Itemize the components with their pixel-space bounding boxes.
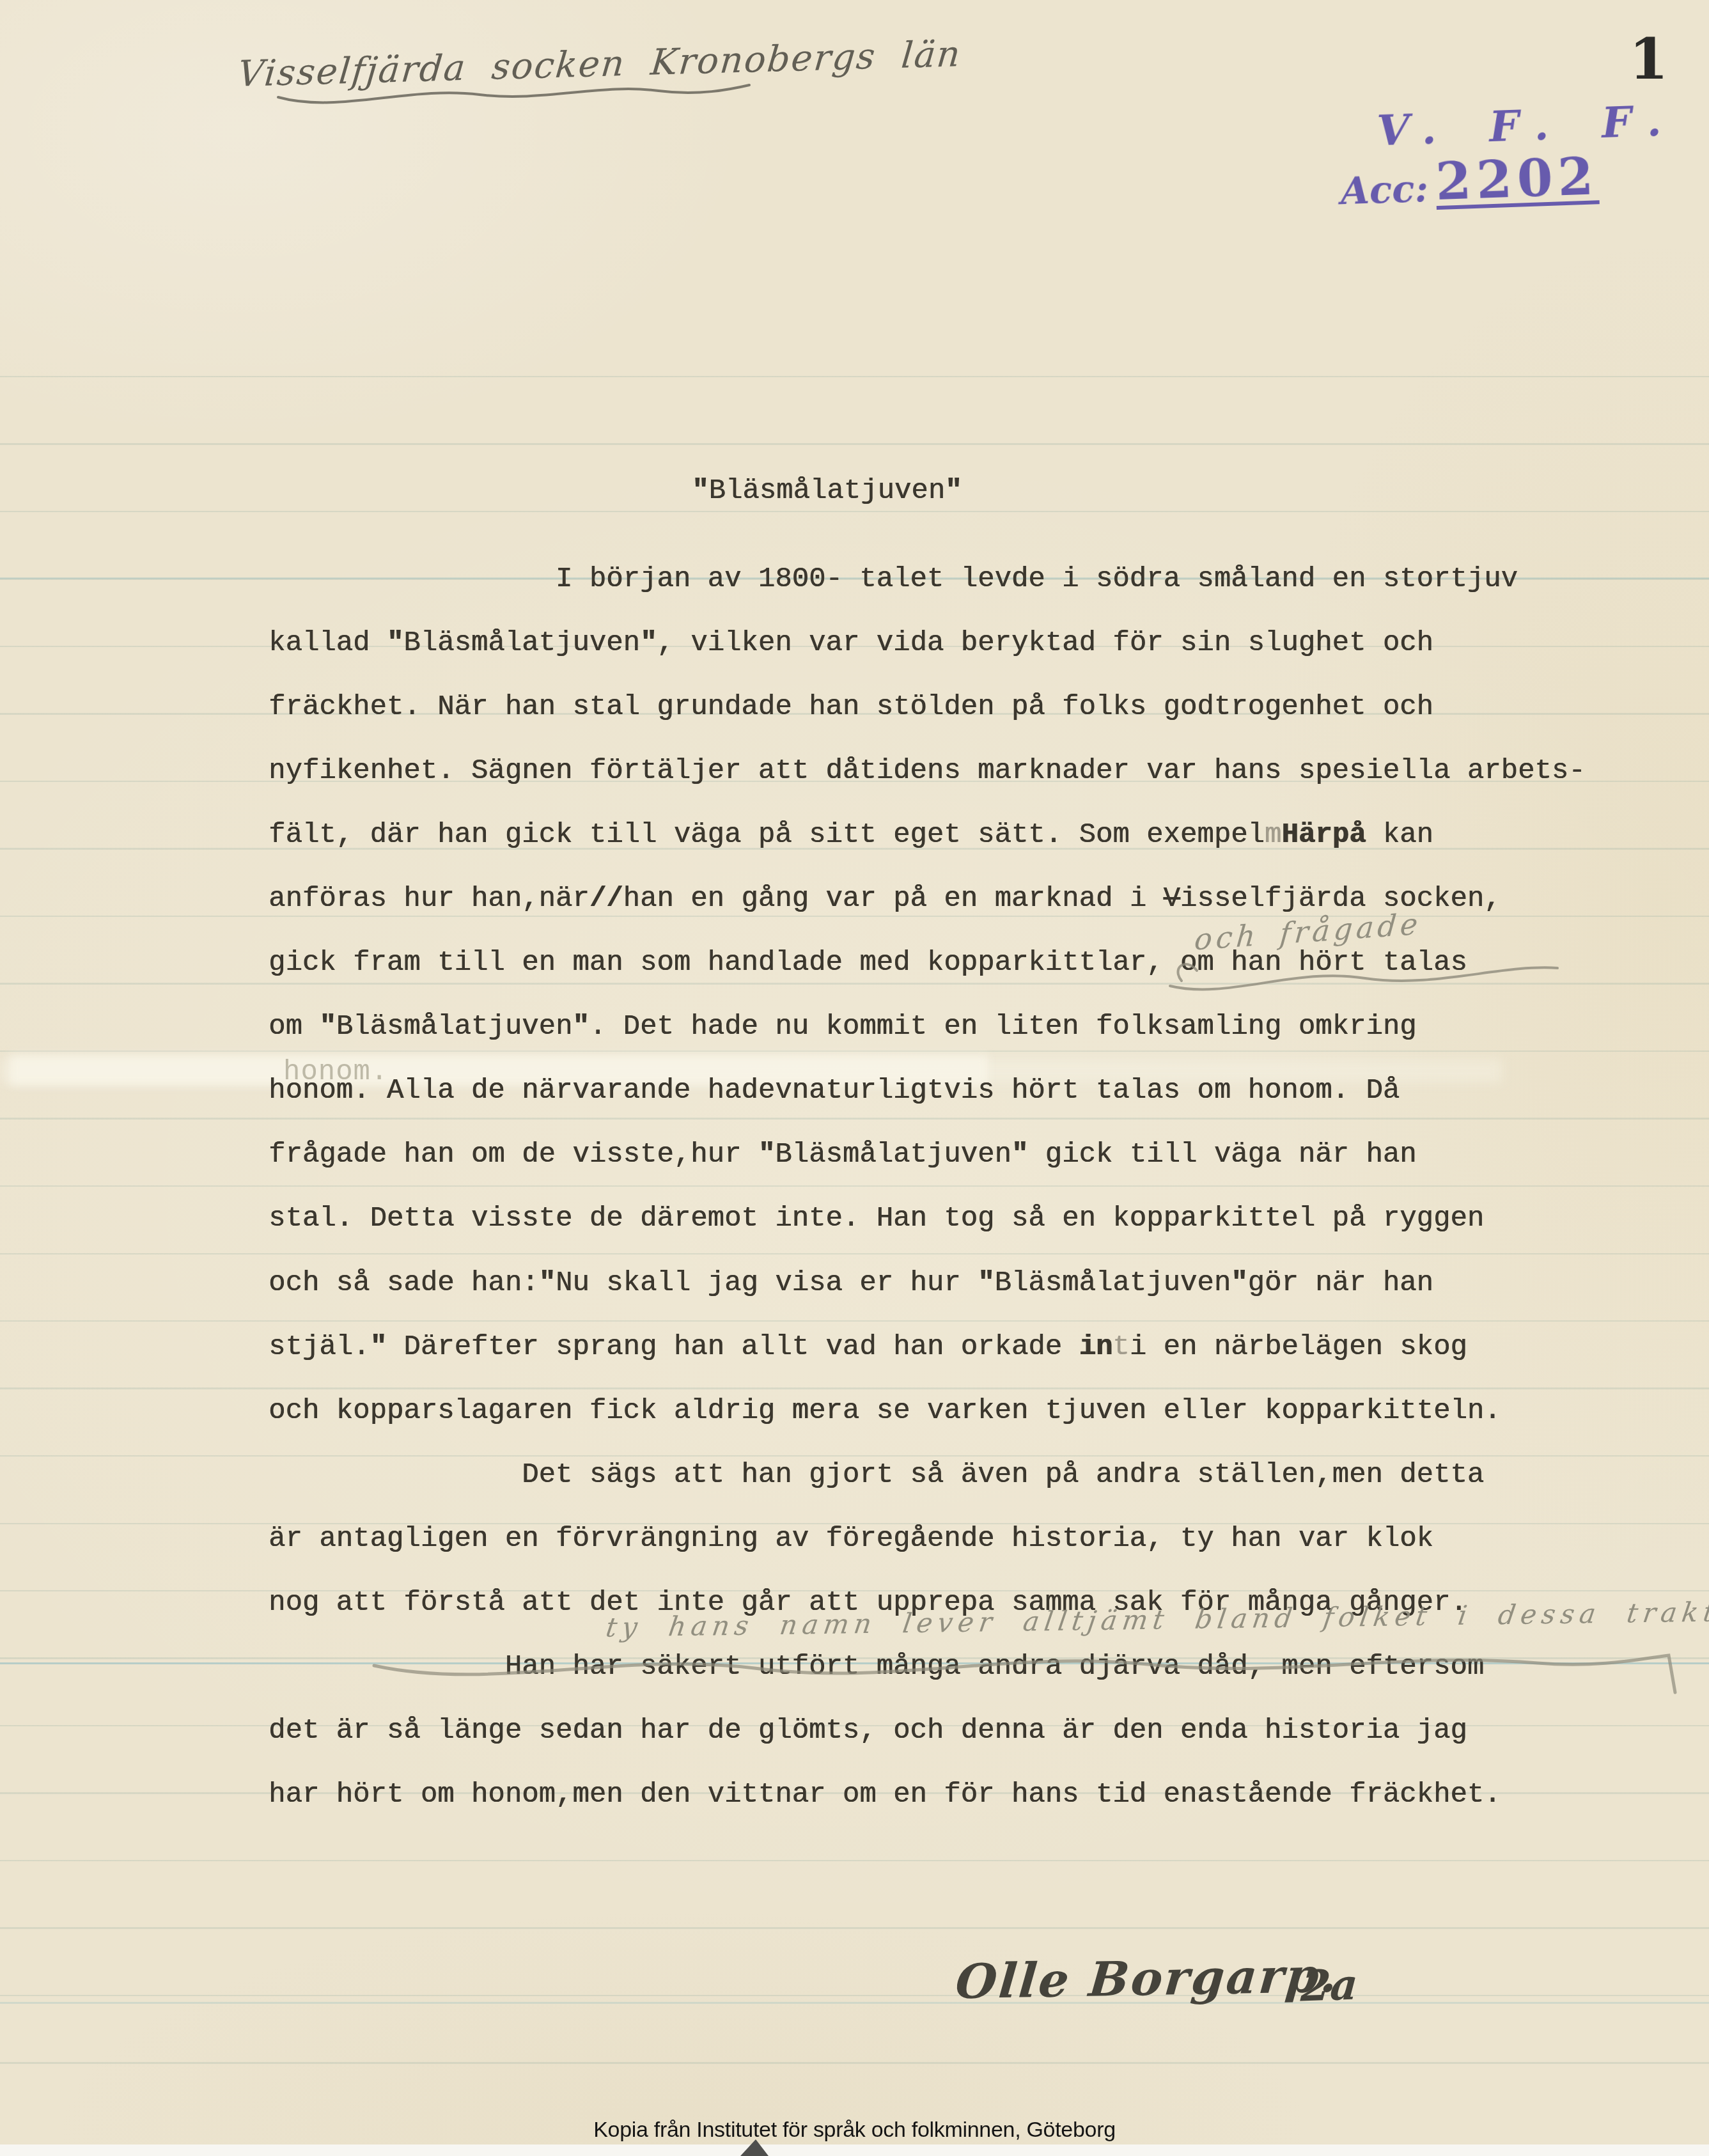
typed-segment: . Det hade nu kommit en liten folksamlin…: [589, 1011, 1417, 1043]
typed-line: honom. Alla de närvarande hadevnaturligt…: [269, 1059, 1586, 1123]
typed-segment: gick till väga när han: [1028, 1139, 1416, 1171]
scanned-manuscript-page: Visselfjärda socken Kronobergs län 1 V. …: [0, 0, 1709, 2156]
typed-line: om "Bläsmålatjuven". Det hade nu kommit …: [269, 995, 1586, 1059]
typed-segment: I början av 1800- talet levde i södra sm…: [269, 563, 1518, 595]
typed-segment: fräckhet. När han stal grundade han stöl…: [269, 691, 1433, 723]
typed-line: stal. Detta visste de däremot inte. Han …: [269, 1187, 1586, 1251]
typed-segment: ": [692, 475, 708, 507]
typed-segment: kan: [1366, 819, 1433, 851]
typed-segment: gick fram till en man som handlade med k…: [269, 947, 1467, 979]
typed-segment: Bläsmålatjuven: [336, 1011, 573, 1043]
typed-segment: Bläsmålatjuven: [403, 627, 640, 659]
typed-segment: stal. Detta visste de däremot inte. Han …: [269, 1203, 1484, 1235]
typed-line: är antagligen en förvrängning av föregåe…: [269, 1507, 1586, 1571]
typed-segment: gör när han: [1247, 1267, 1433, 1299]
typed-line: I början av 1800- talet levde i södra sm…: [269, 547, 1586, 611]
typed-segment: , vilken var vida beryktad för sin slugh…: [657, 627, 1433, 659]
signature: Olle Borgarp.: [953, 1948, 1341, 2010]
typed-segment: ": [758, 1139, 775, 1171]
typed-segment: ": [978, 1267, 994, 1299]
typed-segment: ": [319, 1011, 336, 1043]
typed-line: nyfikenhet. Sägnen förtäljer att dåtiden…: [269, 739, 1586, 803]
typed-segment: //: [589, 883, 623, 915]
typed-segment: ": [538, 1267, 555, 1299]
typed-segment: har hört om honom,men den vittnar om en …: [269, 1779, 1501, 1811]
handwritten-header: Visselfjärda socken Kronobergs län: [236, 33, 963, 95]
typed-segment: ": [945, 475, 962, 507]
typed-segment: ": [572, 1011, 589, 1043]
typed-line: frågade han om de visste,hur "Bläsmålatj…: [269, 1123, 1586, 1187]
stamp-initials: V. F. F.: [1338, 95, 1681, 157]
typed-line: kallad "Bläsmålatjuven", vilken var vida…: [269, 611, 1586, 675]
typed-segment: V: [1163, 883, 1180, 915]
typed-line: Det sägs att han gjort så även på andra …: [269, 1443, 1586, 1507]
typed-line: det är så länge sedan har de glömts, och…: [269, 1699, 1586, 1763]
stamp-acc-number: 2202: [1435, 152, 1599, 210]
typed-segment: kallad: [269, 627, 387, 659]
typed-segment: ": [640, 627, 657, 659]
typed-segment: ": [1011, 1139, 1028, 1171]
typed-segment: Nu skall jag visa er hur: [556, 1267, 978, 1299]
stamp-accession: Acc: 2202: [1339, 149, 1683, 214]
typed-line: fräckhet. När han stal grundade han stöl…: [269, 675, 1586, 739]
typed-segment: honom. Alla de närvarande hadevnaturligt…: [269, 1075, 1400, 1107]
typed-segment: är antagligen en förvrängning av föregåe…: [269, 1523, 1433, 1555]
scan-bottom-strip: [0, 2144, 1709, 2156]
typed-segment: det är så länge sedan har de glömts, och…: [269, 1715, 1467, 1747]
typed-line: stjäl." Därefter sprang han allt vad han…: [269, 1315, 1586, 1379]
typed-segment: frågade han om de visste,hur: [269, 1139, 758, 1171]
typed-segment: anföras hur han,när: [269, 883, 589, 915]
signature-class-mark: 2a: [1299, 1959, 1359, 2011]
typed-segment: isselfjärda socken,: [1180, 883, 1501, 915]
typed-segment: Han har säkert utfört många andra djärva…: [269, 1651, 1484, 1683]
typed-segment: Bläsmålatjuven: [708, 475, 945, 507]
page-number: 1: [1629, 26, 1668, 92]
typed-segment: Det sägs att han gjort så även på andra …: [269, 1459, 1484, 1491]
typed-segment: han en gång var på en marknad i: [623, 883, 1164, 915]
typed-segment: Därefter sprang han allt vad han orkade: [387, 1331, 1079, 1363]
typed-line: Han har säkert utfört många andra djärva…: [269, 1635, 1586, 1699]
erased-word-ghost: honom.: [283, 1056, 388, 1088]
typed-segment: ": [1231, 1267, 1247, 1299]
typed-segment: in: [1079, 1331, 1112, 1363]
document-title: "Bläsmålatjuven": [692, 474, 962, 508]
typed-segment: fält, där han gick till väga på sitt ege…: [269, 819, 1265, 851]
typed-segment: ": [387, 627, 403, 659]
typed-segment: och så sade han:: [269, 1267, 538, 1299]
typed-segment: nyfikenhet. Sägnen förtäljer att dåtiden…: [269, 755, 1586, 787]
typed-line: har hört om honom,men den vittnar om en …: [269, 1763, 1586, 1827]
typed-segment: i en närbelägen skog: [1130, 1331, 1467, 1363]
typed-segment: Bläsmålatjuven: [994, 1267, 1231, 1299]
typed-segment: stjäl.: [269, 1331, 370, 1363]
typed-segment: m: [1265, 819, 1281, 851]
typed-line: fält, där han gick till väga på sitt ege…: [269, 803, 1586, 867]
typed-segment: ": [370, 1331, 386, 1363]
typed-segment: t: [1112, 1331, 1129, 1363]
typed-segment: Bläsmålatjuven: [775, 1139, 1011, 1171]
typed-line: och så sade han:"Nu skall jag visa er hu…: [269, 1251, 1586, 1315]
typed-line: och kopparslagaren fick aldrig mera se v…: [269, 1379, 1586, 1443]
stamp-acc-label: Acc:: [1340, 167, 1429, 214]
ruled-line-accent: [0, 2002, 1709, 2004]
typed-segment: om: [269, 1011, 319, 1043]
scan-artifact-triangle: [740, 2139, 769, 2156]
typed-segment: och kopparslagaren fick aldrig mera se v…: [269, 1395, 1501, 1427]
typed-segment: Härpå: [1281, 819, 1366, 851]
archive-stamp: V. F. F. Acc: 2202: [1338, 95, 1683, 214]
footer-caption: Kopia från Institutet för språk och folk…: [0, 2118, 1709, 2143]
